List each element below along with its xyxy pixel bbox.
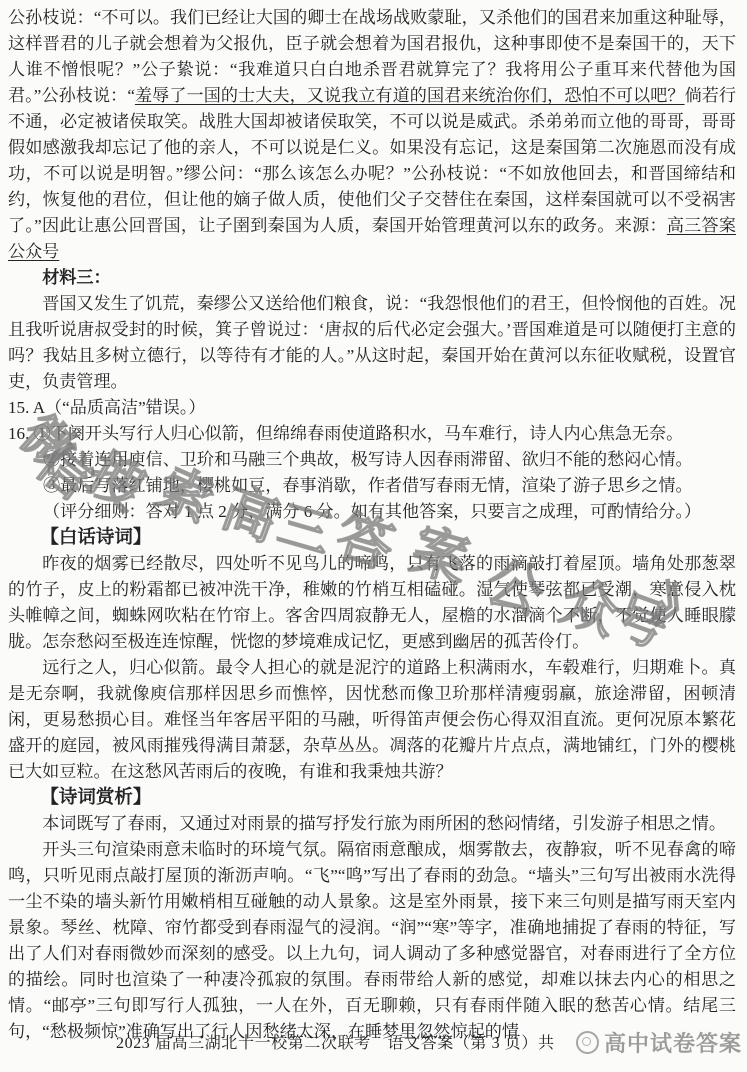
material3-paragraph: 晋国又发生了饥荒，秦缪公又送给他们粮食，说：“我怨恨他们的君王，但怜悯他的百姓。… <box>8 291 736 395</box>
material3-heading: 材料三： <box>8 265 736 291</box>
baihua-paragraph-1: 昨夜的烟雾已经散尽，四处听不见鸟儿的啼鸣，只有飞落的雨滴敲打着屋顶。墙角处那葱翠… <box>8 551 736 655</box>
answer-16-item-1: 16. ①下阕开头写行人归心似箭，但绵绵春雨使道路积水，马车难行，诗人内心焦急无… <box>43 421 736 447</box>
answer-16-scoring-rule: （评分细则：答对 1 点 2 分，满分 6 分。如有其他答案，只要言之成理，可酌… <box>43 499 736 525</box>
baihua-heading: 【白话诗词】 <box>8 525 736 551</box>
page-footer: 2023 届高三湖北十一校第二次联考 语文答案（第 3 页）共 <box>116 1030 555 1053</box>
shangxi-heading: 【诗词赏析】 <box>8 785 736 811</box>
page-body: 公孙枝说：“不可以。我们已经让大国的卿士在战场战败蒙耻，又杀他们的国君来加重这种… <box>8 5 736 1045</box>
watermark-logo-icon <box>576 1031 599 1054</box>
shangxi-paragraph-2: 开头三句渲染雨意未临时的环境气氛。隔宿雨意酿成，烟雾散去，夜静寂，听不见春禽的啼… <box>8 837 736 1045</box>
underlined-passage: 羞辱了一国的士大夫，又说我立有道的国君来统治你们，恐怕不可以吧？ <box>135 86 685 105</box>
translation-text-post: 倘若行不通，必定被诸侯取笑。战胜大国却被诸侯取笑，不可以说是威武。杀弟弟而立他的… <box>8 86 736 235</box>
translation-paragraph-qin: 公孙枝说：“不可以。我们已经让大国的卿士在战场战败蒙耻，又杀他们的国君来加重这种… <box>8 5 736 265</box>
corner-watermark-text: 高中试卷答案 <box>604 1027 742 1058</box>
baihua-paragraph-2: 远行之人，归心似箭。最令人担心的就是泥泞的道路上积满雨水，车毂难行，归期难卜。真… <box>8 655 736 785</box>
answer-16-item-3: ③最后写落红铺地，樱桃如豆，春事消歇，作者借写春雨无情，渲染了游子思乡之情。 <box>43 473 736 499</box>
footer-text: 2023 届高三湖北十一校第二次联考 语文答案（第 3 页）共 <box>116 1035 555 1052</box>
corner-watermark: 高中试卷答案 <box>570 1024 744 1061</box>
exam-answer-page: 公孙枝说：“不可以。我们已经让大国的卿士在战场战败蒙耻，又杀他们的国君来加重这种… <box>0 0 747 1072</box>
answer-15: 15. A（“品质高洁”错误。） <box>8 395 736 421</box>
answer-16: 16. ①下阕开头写行人归心似箭，但绵绵春雨使道路积水，马车难行，诗人内心焦急无… <box>8 421 736 525</box>
shangxi-paragraph-1: 本词既写了春雨，又通过对雨景的描写抒发行旅为雨所困的愁闷情绪，引发游子相思之情。 <box>8 811 736 837</box>
answer-16-item-2: ②接着连用庾信、卫玠和马融三个典故，极写诗人因春雨滞留、欲归不能的愁闷心情。 <box>43 447 736 473</box>
